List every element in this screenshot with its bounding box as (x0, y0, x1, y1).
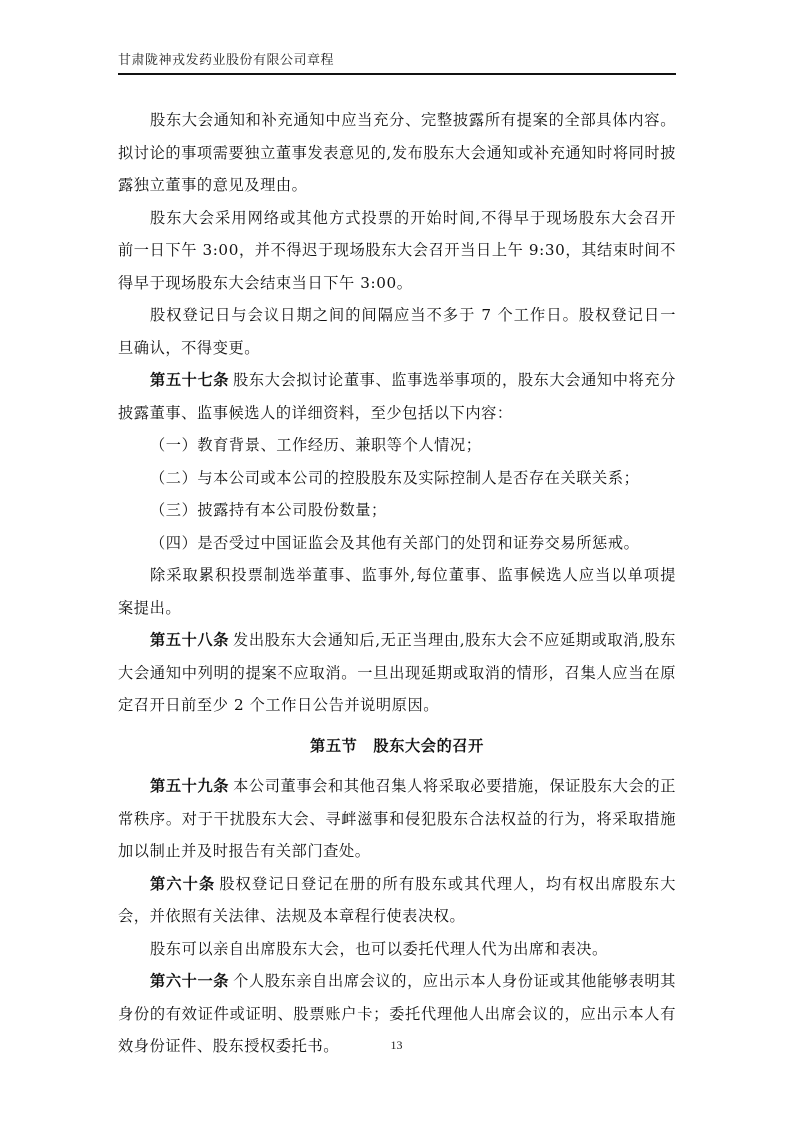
article-57: 第五十七条股东大会拟讨论董事、监事选举事项的，股东大会通知中将充分披露董事、监事… (118, 364, 676, 429)
paragraph-record-date: 股权登记日与会议日期之间的间隔应当不多于 7 个工作日。股权登记日一旦确认，不得… (118, 299, 676, 364)
article-number: 第五十九条 (150, 777, 229, 795)
paragraph-online-voting-time: 股东大会采用网络或其他方式投票的开始时间,不得早于现场股东大会召开前一日下午 3… (118, 202, 676, 300)
section-heading: 第五节股东大会的召开 (118, 730, 676, 763)
paragraph-cumulative-voting: 除采取累积投票制选举董事、监事外,每位董事、监事候选人应当以单项提案提出。 (118, 559, 676, 624)
paragraph-proxy-attendance: 股东可以亲自出席股东大会，也可以委托代理人代为出席和表决。 (118, 933, 676, 966)
article-number: 第六十条 (150, 875, 215, 893)
list-item: （一）教育背景、工作经历、兼职等个人情况； (118, 429, 676, 462)
article-58: 第五十八条发出股东大会通知后,无正当理由,股东大会不应延期或取消,股东大会通知中… (118, 624, 676, 722)
document-header: 甘肃陇神戎发药业股份有限公司章程 (118, 52, 676, 75)
list-item: （二）与本公司或本公司的控股股东及实际控制人是否存在关联关系； (118, 462, 676, 495)
article-59: 第五十九条本公司董事会和其他召集人将采取必要措施，保证股东大会的正常秩序。对于干… (118, 770, 676, 868)
section-title: 股东大会的召开 (373, 737, 484, 755)
article-60: 第六十条股权登记日登记在册的所有股东或其代理人，均有权出席股东大会，并依照有关法… (118, 868, 676, 933)
paragraph-notice-content: 股东大会通知和补充通知中应当充分、完整披露所有提案的全部具体内容。拟讨论的事项需… (118, 104, 676, 202)
article-number: 第六十一条 (150, 972, 229, 990)
page-number: 13 (0, 1038, 793, 1053)
document-title: 甘肃陇神戎发药业股份有限公司章程 (118, 53, 334, 68)
list-item: （四）是否受过中国证监会及其他有关部门的处罚和证券交易所惩戒。 (118, 527, 676, 560)
list-item: （三）披露持有本公司股份数量； (118, 494, 676, 527)
article-number: 第五十八条 (150, 631, 229, 649)
section-number: 第五节 (310, 737, 357, 755)
article-number: 第五十七条 (150, 371, 229, 389)
document-body: 股东大会通知和补充通知中应当充分、完整披露所有提案的全部具体内容。拟讨论的事项需… (118, 104, 676, 1063)
